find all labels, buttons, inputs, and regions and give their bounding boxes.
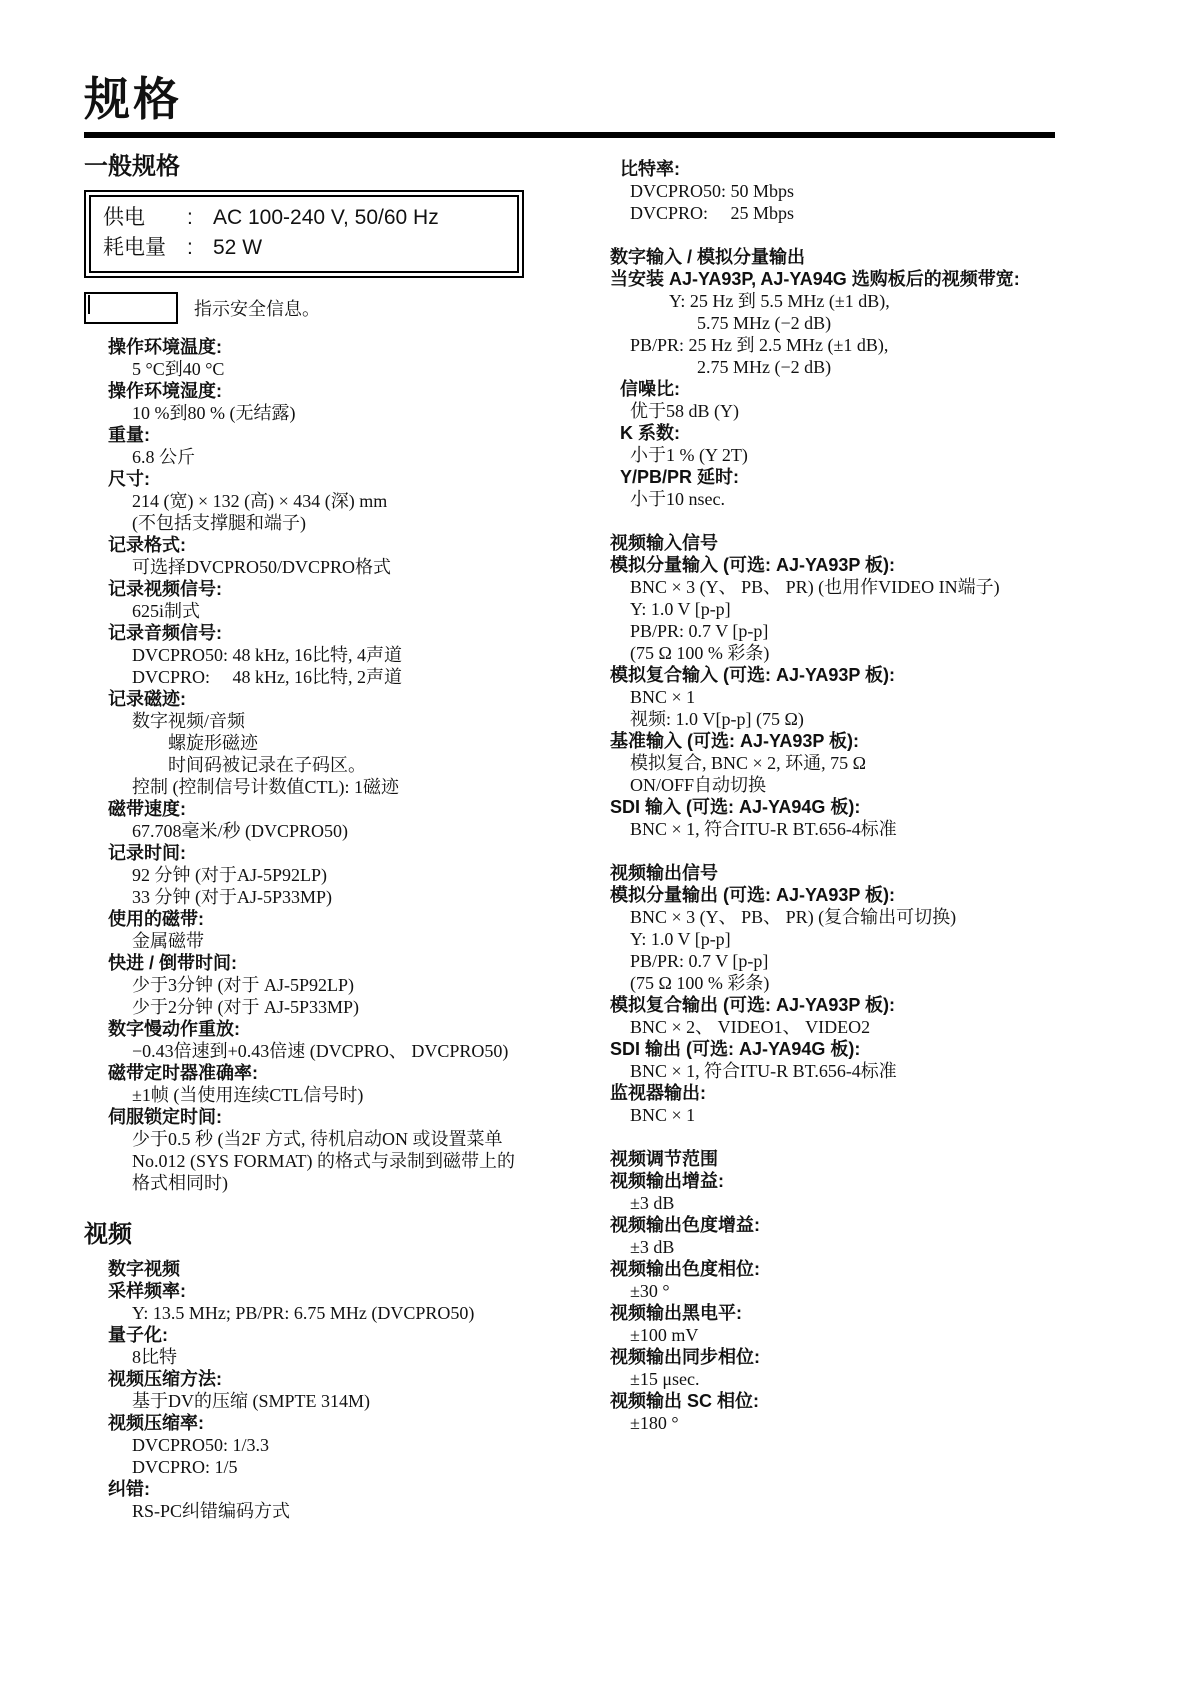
spec-group: 视频输入信号模拟分量输入 (可选: AJ-YA93P 板):BNC × 3 (Y… xyxy=(610,532,1106,840)
group-heading: 视频输出信号 xyxy=(610,862,1106,884)
spec-label: 操作环境湿度: xyxy=(84,380,610,402)
spec-value-line: 小于10 nsec. xyxy=(610,488,1106,510)
spec-label: 基准输入 (可选: AJ-YA93P 板): xyxy=(610,730,1106,752)
spec-label: 视频输出色度相位: xyxy=(610,1258,1106,1280)
right-column: 比特率:DVCPRO50: 50 MbpsDVCPRO: 25 Mbps数字输入… xyxy=(610,150,1106,1456)
spec-value-line: (75 Ω 100 % 彩条) xyxy=(610,972,1106,994)
spec-label: 记录时间: xyxy=(84,842,610,864)
spec-label: 数字视频 xyxy=(84,1258,610,1280)
spec-label: 比特率: xyxy=(610,158,1106,180)
spec-value-line: 92 分钟 (对于AJ-5P92LP) xyxy=(84,864,610,886)
spec-value-line: 5 °C到40 °C xyxy=(84,358,610,380)
spec-value-line: Y: 1.0 V [p-p] xyxy=(610,598,1106,620)
spec-label: 视频输出 SC 相位: xyxy=(610,1390,1106,1412)
spec-value-line: 控制 (控制信号计数值CTL): 1磁迹 xyxy=(84,776,610,798)
spec-value-line: 6.8 公斤 xyxy=(84,446,610,468)
spec-label: 监视器输出: xyxy=(610,1082,1106,1104)
spec-value-line: 可选择DVCPRO50/DVCPRO格式 xyxy=(84,556,610,578)
spec-label: 纠错: xyxy=(84,1478,610,1500)
spec-value-line: BNC × 1, 符合ITU-R BT.656-4标准 xyxy=(610,1060,1106,1082)
spec-value-line: 格式相同时) xyxy=(84,1172,610,1194)
spec-label: 视频压缩率: xyxy=(84,1412,610,1434)
power-spec-box: 供电:AC 100-240 V, 50/60 Hz 耗电量:52 W xyxy=(84,190,524,278)
spec-value-line: DVCPRO50: 50 Mbps xyxy=(610,180,1106,202)
spec-value-line: Y: 1.0 V [p-p] xyxy=(610,928,1106,950)
spec-value-line: RS-PC纠错编码方式 xyxy=(84,1500,610,1522)
spec-value-line: BNC × 2、 VIDEO1、 VIDEO2 xyxy=(610,1016,1106,1038)
video-spec-list: 数字视频采样频率:Y: 13.5 MHz; PB/PR: 6.75 MHz (D… xyxy=(84,1258,610,1522)
spec-value-line: 小于1 % (Y 2T) xyxy=(610,444,1106,466)
spec-value-line: BNC × 1, 符合ITU-R BT.656-4标准 xyxy=(610,818,1106,840)
spec-label: 操作环境温度: xyxy=(84,336,610,358)
spec-value-line: −0.43倍速到+0.43倍速 (DVCPRO、 DVCPRO50) xyxy=(84,1040,610,1062)
power-supply-value: AC 100-240 V, 50/60 Hz xyxy=(213,203,439,233)
group-heading: 视频输入信号 xyxy=(610,532,1106,554)
spec-value-line: 少于3分钟 (对于 AJ-5P92LP) xyxy=(84,974,610,996)
spec-value-line: BNC × 1 xyxy=(610,1104,1106,1126)
spec-value-line: 5.75 MHz (−2 dB) xyxy=(610,312,1106,334)
spec-label: SDI 输入 (可选: AJ-YA94G 板): xyxy=(610,796,1106,818)
spec-label: 重量: xyxy=(84,424,610,446)
spec-value-line: Y: 25 Hz 到 5.5 MHz (±1 dB), xyxy=(610,290,1106,312)
spec-label: 记录视频信号: xyxy=(84,578,610,600)
spec-value-line: DVCPRO: 48 kHz, 16比特, 2声道 xyxy=(84,666,610,688)
spec-value-line: PB/PR: 0.7 V [p-p] xyxy=(610,950,1106,972)
spec-value-line: (75 Ω 100 % 彩条) xyxy=(610,642,1106,664)
general-spec-list: 操作环境温度:5 °C到40 °C操作环境湿度:10 %到80 % (无结露)重… xyxy=(84,336,610,1194)
spec-value-line: PB/PR: 25 Hz 到 2.5 MHz (±1 dB), xyxy=(610,334,1106,356)
spec-value-line: PB/PR: 0.7 V [p-p] xyxy=(610,620,1106,642)
left-column: 一般规格 供电:AC 100-240 V, 50/60 Hz 耗电量:52 W … xyxy=(84,150,610,1522)
spec-value-line: No.012 (SYS FORMAT) 的格式与录制到磁带上的 xyxy=(84,1150,610,1172)
spec-label: 模拟分量输出 (可选: AJ-YA93P 板): xyxy=(610,884,1106,906)
spec-value-line: 优于58 dB (Y) xyxy=(610,400,1106,422)
page-title: 规格 xyxy=(84,74,1106,124)
title-rule xyxy=(84,132,1055,138)
spec-value-line: ±3 dB xyxy=(610,1192,1106,1214)
power-consumption-colon: : xyxy=(187,233,213,263)
spec-label: 模拟复合输入 (可选: AJ-YA93P 板): xyxy=(610,664,1106,686)
spec-label: 模拟分量输入 (可选: AJ-YA93P 板): xyxy=(610,554,1106,576)
spec-label: 快进 / 倒带时间: xyxy=(84,952,610,974)
safety-note-text: 指示安全信息。 xyxy=(194,295,320,321)
spec-value-line: ±100 mV xyxy=(610,1324,1106,1346)
spec-label: 采样频率: xyxy=(84,1280,610,1302)
power-consumption-label: 耗电量 xyxy=(103,233,187,263)
spec-value-line: 214 (宽) × 132 (高) × 434 (深) mm xyxy=(84,490,610,512)
spec-value-line: 10 %到80 % (无结露) xyxy=(84,402,610,424)
spec-value-line: 时间码被记录在子码区。 xyxy=(84,754,610,776)
spec-value-line: 33 分钟 (对于AJ-5P33MP) xyxy=(84,886,610,908)
spec-value-line: DVCPRO: 1/5 xyxy=(84,1456,610,1478)
spec-value-line: ±30 ° xyxy=(610,1280,1106,1302)
two-column-layout: 一般规格 供电:AC 100-240 V, 50/60 Hz 耗电量:52 W … xyxy=(84,150,1106,1522)
spec-group: 比特率:DVCPRO50: 50 MbpsDVCPRO: 25 Mbps xyxy=(610,158,1106,224)
power-supply-row: 供电:AC 100-240 V, 50/60 Hz xyxy=(103,203,505,233)
general-specs-heading: 一般规格 xyxy=(84,154,610,180)
spec-value-line: 67.708毫米/秒 (DVCPRO50) xyxy=(84,820,610,842)
spec-value-line: 视频: 1.0 V[p-p] (75 Ω) xyxy=(610,708,1106,730)
spec-value-line: 基于DV的压缩 (SMPTE 314M) xyxy=(84,1390,610,1412)
spec-value-line: ±1帧 (当使用连续CTL信号时) xyxy=(84,1084,610,1106)
spec-label: 视频输出色度增益: xyxy=(610,1214,1106,1236)
spec-value-line: DVCPRO: 25 Mbps xyxy=(610,202,1106,224)
power-supply-label: 供电 xyxy=(103,203,187,233)
spec-group: 数字输入 / 模拟分量输出当安装 AJ-YA93P, AJ-YA94G 选购板后… xyxy=(610,246,1106,510)
spec-label: 视频输出黑电平: xyxy=(610,1302,1106,1324)
spec-value-line: DVCPRO50: 48 kHz, 16比特, 4声道 xyxy=(84,644,610,666)
group-heading: 视频调节范围 xyxy=(610,1148,1106,1170)
spec-label: 视频输出同步相位: xyxy=(610,1346,1106,1368)
power-consumption-row: 耗电量:52 W xyxy=(103,233,505,263)
group-heading: 数字输入 / 模拟分量输出 xyxy=(610,246,1106,268)
spec-value-line: ±15 μsec. xyxy=(610,1368,1106,1390)
spec-value-line: (不包括支撑腿和端子) xyxy=(84,512,610,534)
safety-symbol-box-inner xyxy=(88,295,90,314)
power-supply-colon: : xyxy=(187,203,213,233)
spec-value-line: 2.75 MHz (−2 dB) xyxy=(610,356,1106,378)
spec-value-line: 数字视频/音频 xyxy=(84,710,610,732)
spec-value-line: 螺旋形磁迹 xyxy=(84,732,610,754)
spec-value-line: 少于2分钟 (对于 AJ-5P33MP) xyxy=(84,996,610,1018)
safety-symbol-box-icon xyxy=(84,292,178,324)
page-content: 规格 一般规格 供电:AC 100-240 V, 50/60 Hz 耗电量:52… xyxy=(84,0,1106,1522)
spec-value-line: 金属磁带 xyxy=(84,930,610,952)
spec-label: 视频压缩方法: xyxy=(84,1368,610,1390)
spec-label: 磁带速度: xyxy=(84,798,610,820)
spec-group: 视频调节范围视频输出增益:±3 dB视频输出色度增益:±3 dB视频输出色度相位… xyxy=(610,1148,1106,1434)
video-section-heading: 视频 xyxy=(84,1222,610,1248)
spec-label: 当安装 AJ-YA93P, AJ-YA94G 选购板后的视频带宽: xyxy=(610,268,1106,290)
spec-label: 使用的磁带: xyxy=(84,908,610,930)
spec-label: 模拟复合输出 (可选: AJ-YA93P 板): xyxy=(610,994,1106,1016)
spec-value-line: Y: 13.5 MHz; PB/PR: 6.75 MHz (DVCPRO50) xyxy=(84,1302,610,1324)
spec-value-line: ±180 ° xyxy=(610,1412,1106,1434)
power-consumption-value: 52 W xyxy=(213,233,262,263)
spec-label: 磁带定时器准确率: xyxy=(84,1062,610,1084)
spec-value-line: ±3 dB xyxy=(610,1236,1106,1258)
spec-label: 数字慢动作重放: xyxy=(84,1018,610,1040)
spec-value-line: BNC × 3 (Y、 PB、 PR) (也用作VIDEO IN端子) xyxy=(610,576,1106,598)
spec-value-line: 模拟复合, BNC × 2, 环通, 75 Ω xyxy=(610,752,1106,774)
spec-label: 量子化: xyxy=(84,1324,610,1346)
spec-value-line: ON/OFF自动切换 xyxy=(610,774,1106,796)
spec-value-line: 625i制式 xyxy=(84,600,610,622)
spec-label: K 系数: xyxy=(610,422,1106,444)
spec-value-line: 8比特 xyxy=(84,1346,610,1368)
spec-page: 规格 一般规格 供电:AC 100-240 V, 50/60 Hz 耗电量:52… xyxy=(0,0,1190,1684)
spec-group: 视频输出信号模拟分量输出 (可选: AJ-YA93P 板):BNC × 3 (Y… xyxy=(610,862,1106,1126)
spec-label: 伺服锁定时间: xyxy=(84,1106,610,1128)
spec-label: 信噪比: xyxy=(610,378,1106,400)
spec-label: SDI 输出 (可选: AJ-YA94G 板): xyxy=(610,1038,1106,1060)
spec-value-line: BNC × 3 (Y、 PB、 PR) (复合输出可切换) xyxy=(610,906,1106,928)
spec-label: 记录格式: xyxy=(84,534,610,556)
power-spec-box-inner: 供电:AC 100-240 V, 50/60 Hz 耗电量:52 W xyxy=(89,195,519,273)
spec-label: Y/PB/PR 延时: xyxy=(610,466,1106,488)
spec-value-line: BNC × 1 xyxy=(610,686,1106,708)
spec-value-line: 少于0.5 秒 (当2F 方式, 待机启动ON 或设置菜单 xyxy=(84,1128,610,1150)
safety-note-row: 指示安全信息。 xyxy=(84,292,610,324)
spec-label: 记录磁迹: xyxy=(84,688,610,710)
spec-label: 尺寸: xyxy=(84,468,610,490)
spec-label: 记录音频信号: xyxy=(84,622,610,644)
spec-label: 视频输出增益: xyxy=(610,1170,1106,1192)
spec-value-line: DVCPRO50: 1/3.3 xyxy=(84,1434,610,1456)
